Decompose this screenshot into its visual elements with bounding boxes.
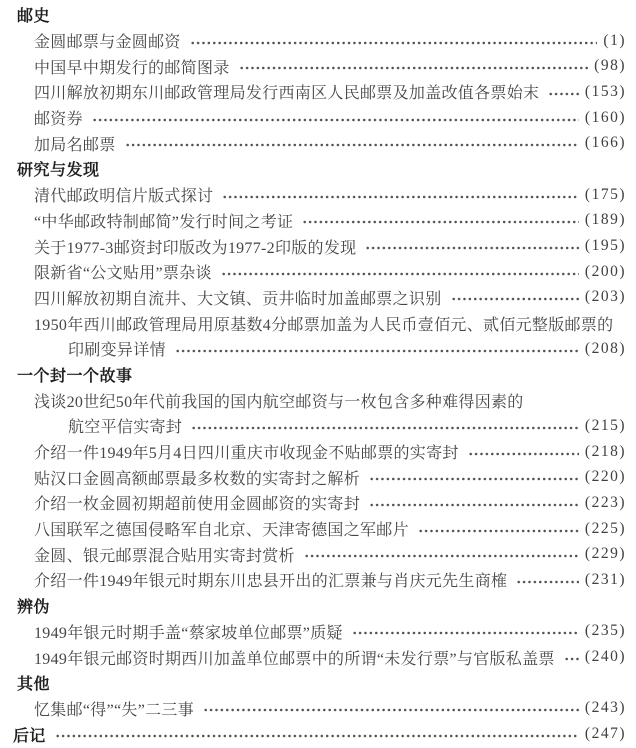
dot-leader <box>369 501 579 509</box>
toc-entry-title: 1949年银元邮资时期西川加盖单位邮票中的所谓“未发行票”与官版私盖票 <box>34 646 555 669</box>
dot-leader <box>365 244 578 252</box>
page-number: (189) <box>585 211 626 229</box>
toc-entry: 介绍一件1949年5月4日四川重庆市收现金不贴邮票的实寄封 (218) <box>0 439 630 465</box>
dot-leader <box>302 218 579 226</box>
toc-entry-title: 中国早中期发行的邮简图录 <box>34 55 230 78</box>
toc-entry-title: 加局名邮票 <box>34 132 116 155</box>
toc-entry: 贴汉口金圆高额邮票最多枚数的实寄封之解析 (220) <box>0 464 630 490</box>
dot-leader <box>548 90 579 98</box>
toc-entry-wrapped-line2: 印刷变异详情 (208) <box>0 336 630 362</box>
page-number: (220) <box>585 468 626 486</box>
toc-entry: 限新省“公文贴用”票杂谈 (200) <box>0 259 630 285</box>
toc-entry: 关于1977-3邮资封印版改为1977-2印版的发现 (195) <box>0 233 630 259</box>
toc-entry: 八国联军之德国侵略军自北京、天津寄德国之军邮片 (225) <box>0 516 630 542</box>
dot-leader <box>239 64 589 72</box>
toc-entry-title: 1950年西川邮政管理局用原基数4分邮票加盖为人民币壹佰元、贰佰元整版邮票的 <box>34 312 613 335</box>
section-heading-bianwei: 辨伪 <box>0 593 630 619</box>
page-number: (175) <box>585 186 626 204</box>
dot-leader <box>304 552 579 560</box>
toc-entry-title: 后记 <box>13 723 46 746</box>
dot-leader <box>55 732 579 740</box>
dot-leader <box>516 578 579 586</box>
page-number: (160) <box>585 109 626 127</box>
page-number: (240) <box>585 648 626 666</box>
toc-page: 邮史 金圆邮票与金圆邮资 (1) 中国早中期发行的邮简图录 (98) 四川解放初… <box>0 0 636 748</box>
page-number: (200) <box>585 263 626 281</box>
toc-entry: 四川解放初期东川邮政管理局发行西南区人民邮票及加盖改值各票始末 (153) <box>0 79 630 105</box>
page-number: (225) <box>585 520 626 538</box>
dot-leader <box>221 270 579 278</box>
page-number: (218) <box>585 443 626 461</box>
page-number: (195) <box>585 237 626 255</box>
toc-entry-title: 印刷变异详情 <box>68 337 166 360</box>
dot-leader <box>203 706 579 714</box>
toc-entry-title: 航空平信实寄封 <box>68 414 182 437</box>
section-heading-yanjiu: 研究与发现 <box>0 156 630 182</box>
dot-leader <box>175 347 579 355</box>
toc-entry: 1949年银元邮资时期西川加盖单位邮票中的所谓“未发行票”与官版私盖票 (240… <box>0 644 630 670</box>
page-number: (203) <box>585 288 626 306</box>
page-number: (223) <box>585 494 626 512</box>
section-heading-yigefeng: 一个封一个故事 <box>0 362 630 388</box>
dot-leader <box>190 39 598 47</box>
section-heading-label: 其他 <box>17 671 50 694</box>
toc-entry-title: 八国联军之德国侵略军自北京、天津寄德国之军邮片 <box>34 517 409 540</box>
toc-entry-wrapped-line1: 浅谈20世纪50年代前我国的国内航空邮资与一枚包含多种难得因素的 <box>0 387 630 413</box>
dot-leader <box>369 475 579 483</box>
page-number: (235) <box>585 622 626 640</box>
page-number: (243) <box>585 699 626 717</box>
toc-entry: “中华邮政特制邮简”发行时间之考证 (189) <box>0 208 630 234</box>
toc-entry-wrapped-line2: 航空平信实寄封 (215) <box>0 413 630 439</box>
toc-entry: 介绍一件1949年银元时期东川忠县开出的汇票兼与肖庆元先生商榷 (231) <box>0 567 630 593</box>
toc-entry-houji: 后记 (247) <box>0 721 630 747</box>
section-heading-label: 邮史 <box>17 3 50 26</box>
dot-leader <box>92 116 579 124</box>
dot-leader <box>352 629 579 637</box>
toc-entry-title: 1949年银元时期手盖“蔡家坡单位邮票”质疑 <box>34 620 343 643</box>
section-heading-qita: 其他 <box>0 670 630 696</box>
section-heading-label: 一个封一个故事 <box>17 363 133 386</box>
page-number: (215) <box>585 417 626 435</box>
page-number: (98) <box>594 57 626 75</box>
page-number: (231) <box>585 571 626 589</box>
toc-entry-title: 贴汉口金圆高额邮票最多枚数的实寄封之解析 <box>34 466 360 489</box>
toc-entry: 中国早中期发行的邮简图录 (98) <box>0 53 630 79</box>
dot-leader <box>564 655 579 663</box>
toc-entry-wrapped-line1: 1950年西川邮政管理局用原基数4分邮票加盖为人民币壹佰元、贰佰元整版邮票的 <box>0 310 630 336</box>
toc-entry-title: 清代邮政明信片版式探讨 <box>34 183 213 206</box>
toc-entry-title: 介绍一枚金圆初期超前使用金圆邮资的实寄封 <box>34 491 360 514</box>
dot-leader <box>222 193 579 201</box>
toc-entry-title: 介绍一件1949年5月4日四川重庆市收现金不贴邮票的实寄封 <box>34 440 459 463</box>
toc-entry: 四川解放初期自流井、大文镇、贡井临时加盖邮票之识别 (203) <box>0 285 630 311</box>
page-number: (153) <box>585 83 626 101</box>
toc-entry: 加局名邮票 (166) <box>0 130 630 156</box>
toc-entry: 清代邮政明信片版式探讨 (175) <box>0 182 630 208</box>
toc-entry-title: “中华邮政特制邮简”发行时间之考证 <box>34 209 293 232</box>
toc-entry: 1949年银元时期手盖“蔡家坡单位邮票”质疑 (235) <box>0 619 630 645</box>
toc-entry-title: 四川解放初期东川邮政管理局发行西南区人民邮票及加盖改值各票始末 <box>34 80 539 103</box>
dot-leader <box>125 141 579 149</box>
section-heading-label: 辨伪 <box>17 594 50 617</box>
page-number: (208) <box>585 340 626 358</box>
dot-leader <box>468 450 579 458</box>
toc-entry-title: 限新省“公文贴用”票杂谈 <box>34 260 212 283</box>
section-heading-youshi: 邮史 <box>0 2 630 28</box>
page-number: (1) <box>603 32 626 50</box>
page-number: (247) <box>585 725 626 743</box>
toc-entry-title: 金圆、银元邮票混合贴用实寄封赏析 <box>34 543 295 566</box>
toc-entry: 金圆邮票与金圆邮资 (1) <box>0 28 630 54</box>
dot-leader <box>191 424 579 432</box>
toc-entry-title: 金圆邮票与金圆邮资 <box>34 29 181 52</box>
toc-entry: 邮资券 (160) <box>0 105 630 131</box>
toc-entry: 介绍一枚金圆初期超前使用金圆邮资的实寄封 (223) <box>0 490 630 516</box>
toc-entry-title: 关于1977-3邮资封印版改为1977-2印版的发现 <box>34 235 356 258</box>
dot-leader <box>418 527 579 535</box>
toc-entry-title: 介绍一件1949年银元时期东川忠县开出的汇票兼与肖庆元先生商榷 <box>34 568 507 591</box>
dot-leader <box>451 295 579 303</box>
toc-entry-title: 邮资券 <box>34 106 83 129</box>
toc-entry-title: 四川解放初期自流井、大文镇、贡井临时加盖邮票之识别 <box>34 286 442 309</box>
toc-entry-title: 忆集邮“得”“失”二三事 <box>34 697 194 720</box>
toc-entry: 金圆、银元邮票混合贴用实寄封赏析 (229) <box>0 541 630 567</box>
page-number: (229) <box>585 545 626 563</box>
toc-entry-title: 浅谈20世纪50年代前我国的国内航空邮资与一枚包含多种难得因素的 <box>34 389 524 412</box>
section-heading-label: 研究与发现 <box>17 157 100 180</box>
page-number: (166) <box>585 134 626 152</box>
toc-entry: 忆集邮“得”“失”二三事 (243) <box>0 696 630 722</box>
